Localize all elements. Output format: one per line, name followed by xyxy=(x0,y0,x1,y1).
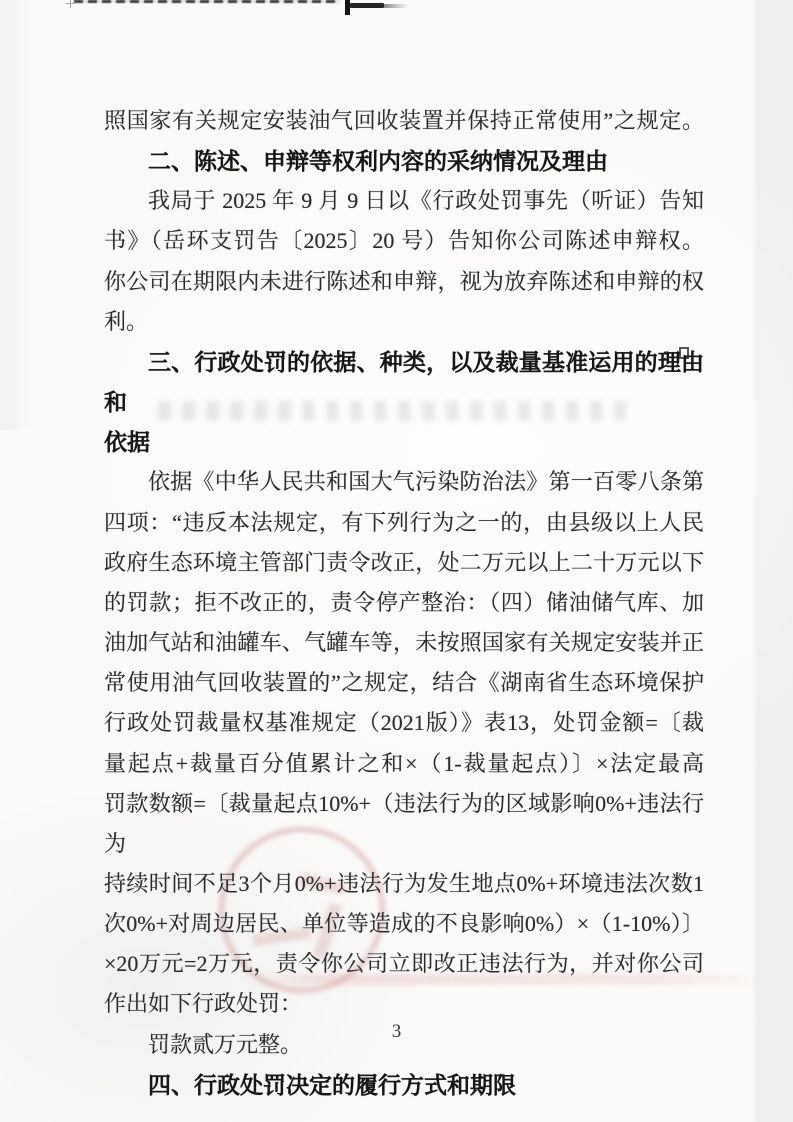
text-line: 利。 xyxy=(104,302,704,342)
text-line: 量起点+裁量百分值累计之和×（1-裁量起点）〕×法定最高 xyxy=(104,744,704,784)
text-line: 我局于 2025 年 9 月 9 日以《行政处罚事先（听证）告知 xyxy=(104,181,704,221)
section-heading: 四、行政处罚决定的履行方式和期限 xyxy=(104,1065,704,1105)
text-line: 依据《中华人民共和国大气污染防治法》第一百零八条第 xyxy=(104,462,704,502)
text-line: 罚款数额=〔裁量起点10%+（违法行为的区域影响0%+违法行为 xyxy=(104,784,704,864)
text-line: 油加气站和油罐车、气罐车等，未按照国家有关规定安装并正 xyxy=(104,623,704,663)
section-heading: 二、陈述、申辩等权利内容的采纳情况及理由 xyxy=(104,141,704,181)
text-line: 照国家有关规定安装油气回收装置并保持正常使用”之规定。 xyxy=(104,101,704,141)
document-text-block: 照国家有关规定安装油气回收装置并保持正常使用”之规定。 二、陈述、申辩等权利内容… xyxy=(104,101,704,1105)
section-heading: 依据 xyxy=(104,422,704,462)
section-heading: 三、行政处罚的依据、种类，以及裁量基准运用的理由和 xyxy=(104,342,704,422)
text-line: 次0%+对周边居民、单位等造成的不良影响0%）×（1-10%）〕 xyxy=(104,904,704,944)
text-line: 四项：“违反本法规定，有下列行为之一的，由县级以上人民 xyxy=(104,503,704,543)
scan-artifact-horizontal-bar xyxy=(350,3,384,8)
text-line: 书》（岳环支罚告〔2025〕20 号）告知你公司陈述申辩权。 xyxy=(104,221,704,261)
scan-artifact-fade xyxy=(384,4,408,8)
text-line: 你公司在期限内未进行陈述和申辩，视为放弃陈述和申辩的权 xyxy=(104,262,704,302)
page-edge-shading xyxy=(0,0,36,430)
page-number: 3 xyxy=(0,1021,793,1043)
text-line: 持续时间不足3个月0%+违法行为发生地点0%+环境违法次数1 xyxy=(104,864,704,904)
text-line: 行政处罚裁量权基准规定（2021版）》表13，处罚金额=〔裁 xyxy=(104,703,704,743)
text-line: ×20万元=2万元，责令你公司立即改正违法行为，并对你公司 xyxy=(104,944,704,984)
text-line: 的罚款；拒不改正的，责令停产整治：（四）储油储气库、加 xyxy=(104,583,704,623)
scan-artifact-top-line xyxy=(74,0,340,3)
text-line: 政府生态环境主管部门责令改正，处二万元以上二十万元以下 xyxy=(104,543,704,583)
text-line: 常使用油气回收装置的”之规定，结合《湖南省生态环境保护 xyxy=(104,663,704,703)
document-page: 照国家有关规定安装油气回收装置并保持正常使用”之规定。 二、陈述、申辩等权利内容… xyxy=(0,0,793,1122)
text-line: 作出如下行政处罚： xyxy=(104,984,704,1024)
